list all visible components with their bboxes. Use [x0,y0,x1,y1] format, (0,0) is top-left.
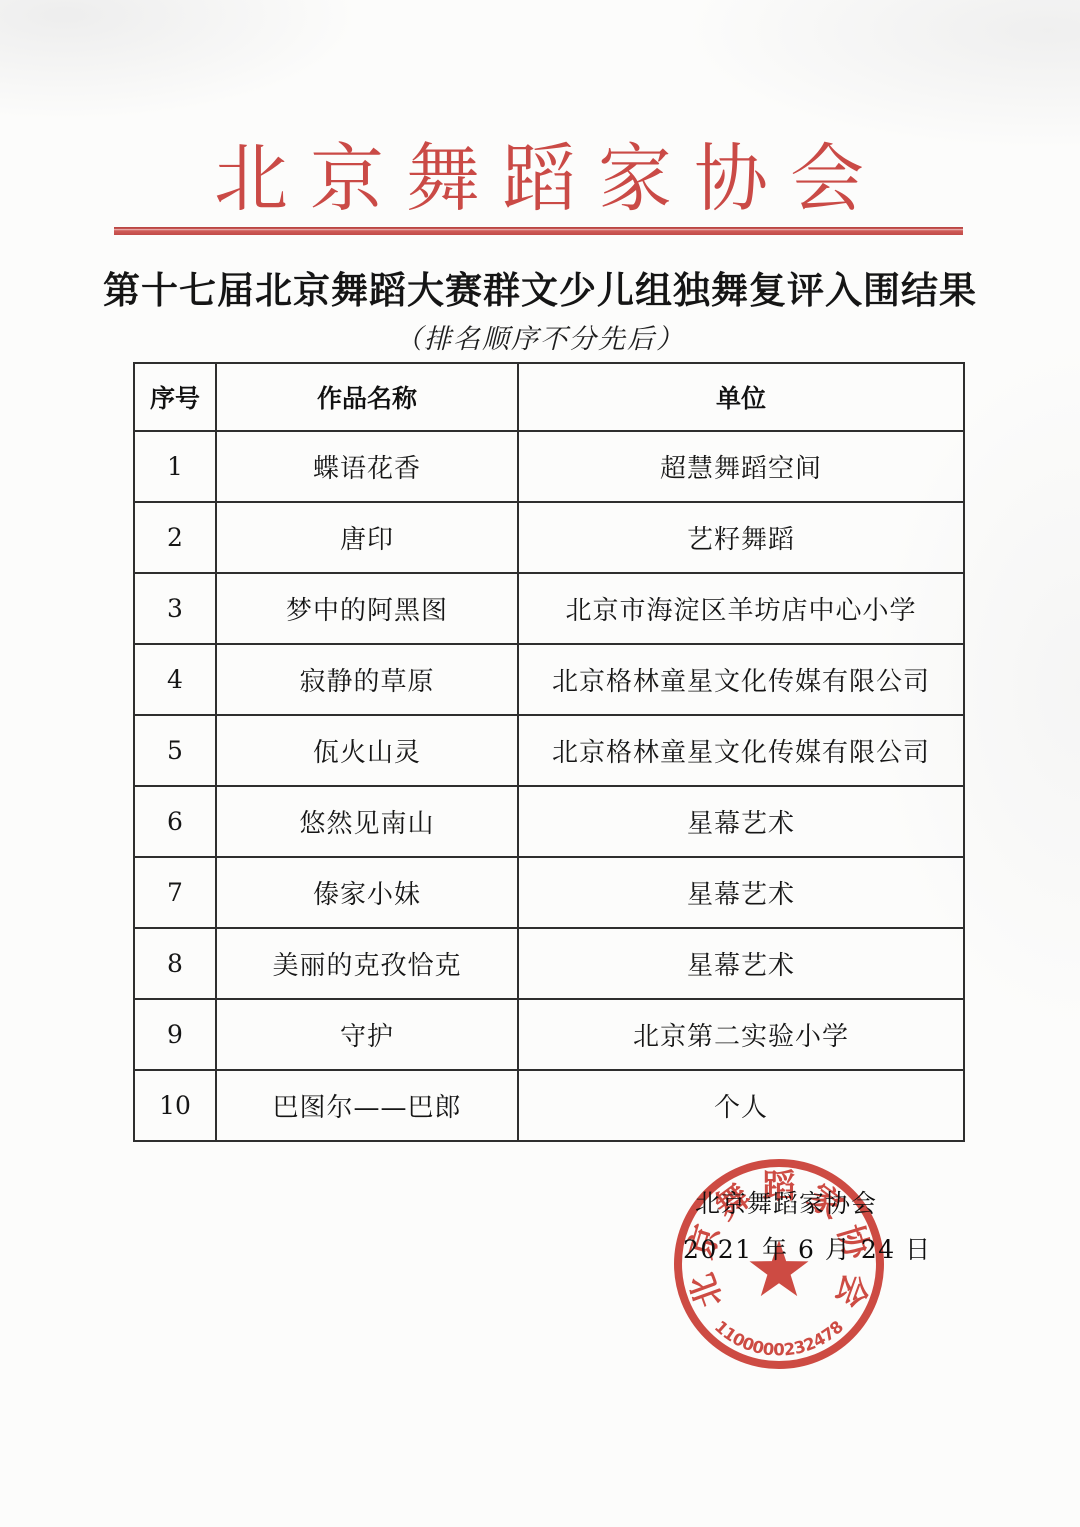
row-index-cell: 6 [134,786,216,857]
table-row: 3梦中的阿黑图北京市海淀区羊坊店中心小学 [134,573,964,644]
document-subtitle: （排名顺序不分先后） [0,317,1080,356]
unit-cell: 星幕艺术 [518,857,964,928]
table-row: 9守护北京第二实验小学 [134,999,964,1070]
unit-cell: 北京市海淀区羊坊店中心小学 [518,573,964,644]
row-index-cell: 8 [134,928,216,999]
unit-cell: 北京第二实验小学 [518,999,964,1070]
work-name-cell: 傣家小妹 [216,857,518,928]
table-row: 4寂静的草原北京格林童星文化传媒有限公司 [134,644,964,715]
header-cell-index: 序号 [134,363,216,431]
table-row: 5佤火山灵北京格林童星文化传媒有限公司 [134,715,964,786]
table-row: 8美丽的克孜恰克星幕艺术 [134,928,964,999]
header-row: 序号 作品名称 单位 [134,363,964,431]
unit-cell: 星幕艺术 [518,786,964,857]
row-index-cell: 10 [134,1070,216,1141]
results-table-header: 序号 作品名称 单位 [134,363,964,431]
signature-org: 北京舞蹈家协会 [695,1184,877,1220]
work-name-cell: 蝶语花香 [216,431,518,502]
unit-cell: 超慧舞蹈空间 [518,431,964,502]
row-index-cell: 3 [134,573,216,644]
work-name-cell: 寂静的草原 [216,644,518,715]
results-table: 序号 作品名称 单位 1蝶语花香超慧舞蹈空间2唐印艺籽舞蹈3梦中的阿黑图北京市海… [133,362,965,1142]
table-row: 10巴图尔——巴郎个人 [134,1070,964,1141]
letterhead-divider-rule [114,227,963,235]
unit-cell: 个人 [518,1070,964,1141]
work-name-cell: 守护 [216,999,518,1070]
table-row: 1蝶语花香超慧舞蹈空间 [134,431,964,502]
row-index-cell: 9 [134,999,216,1070]
row-index-cell: 5 [134,715,216,786]
document-title: 第十七届北京舞蹈大赛群文少儿组独舞复评入围结果 [0,260,1080,314]
row-index-cell: 2 [134,502,216,573]
table-row: 7傣家小妹星幕艺术 [134,857,964,928]
row-index-cell: 1 [134,431,216,502]
table-row: 6悠然见南山星幕艺术 [134,786,964,857]
document-page: { "page": { "org_header": "北京舞蹈家协会", "ti… [0,0,1080,1527]
work-name-cell: 唐印 [216,502,518,573]
unit-cell: 北京格林童星文化传媒有限公司 [518,715,964,786]
header-cell-work-name: 作品名称 [216,363,518,431]
work-name-cell: 佤火山灵 [216,715,518,786]
unit-cell: 星幕艺术 [518,928,964,999]
letterhead-org-title: 北京舞蹈家协会 [0,120,1080,226]
header-cell-unit: 单位 [518,363,964,431]
work-name-cell: 梦中的阿黑图 [216,573,518,644]
row-index-cell: 7 [134,857,216,928]
work-name-cell: 悠然见南山 [216,786,518,857]
unit-cell: 北京格林童星文化传媒有限公司 [518,644,964,715]
table-row: 2唐印艺籽舞蹈 [134,502,964,573]
unit-cell: 艺籽舞蹈 [518,502,964,573]
results-table-body: 1蝶语花香超慧舞蹈空间2唐印艺籽舞蹈3梦中的阿黑图北京市海淀区羊坊店中心小学4寂… [134,431,964,1141]
work-name-cell: 巴图尔——巴郎 [216,1070,518,1141]
signature-date: 2021 年 6 月 24 日 [683,1230,932,1266]
work-name-cell: 美丽的克孜恰克 [216,928,518,999]
row-index-cell: 4 [134,644,216,715]
